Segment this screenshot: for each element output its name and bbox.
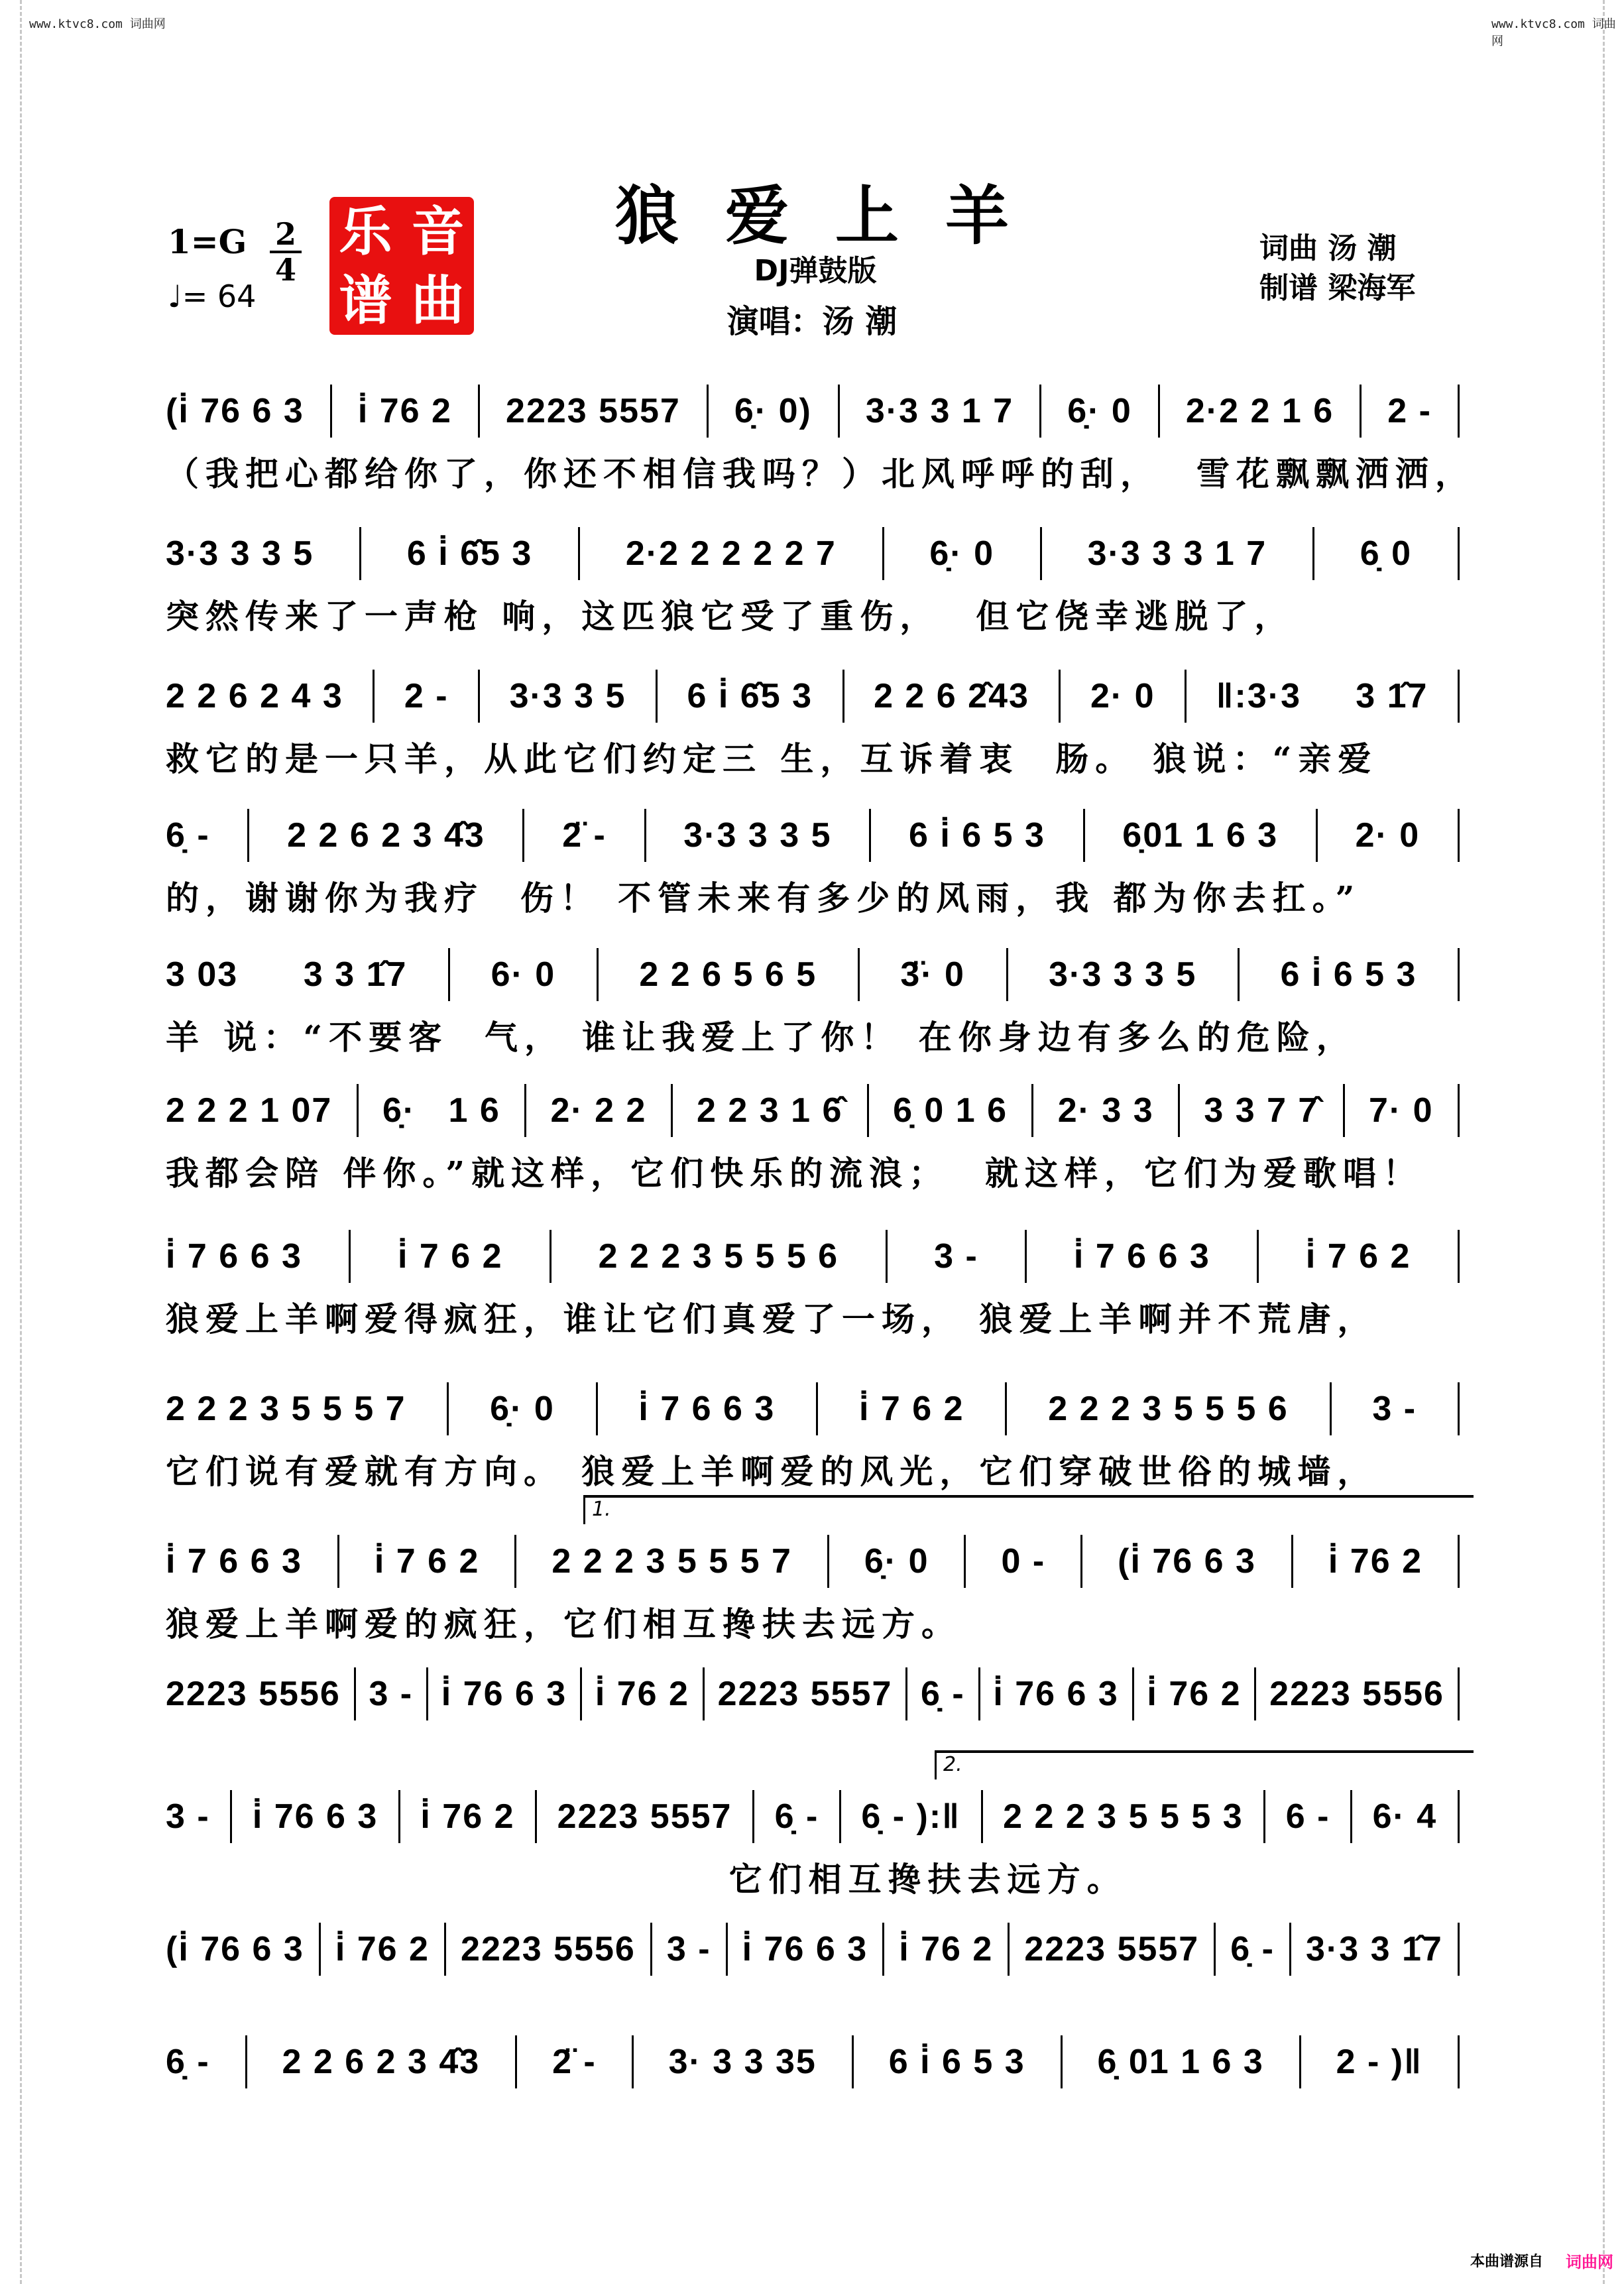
score-line: 6̣ -2 2 6 2 3 4̂32̈ -3·3 3 3 56 i̇ 6 5 3…: [166, 806, 1465, 920]
seal-char: 音: [402, 197, 474, 266]
measure: 6̣ -: [775, 1797, 819, 1836]
barline: [1458, 809, 1460, 862]
barline: [1039, 385, 1041, 438]
barline: [426, 1667, 428, 1720]
measure: 2 2 2 3 5 5 5 7: [551, 1541, 792, 1581]
measure: 3 -: [166, 1797, 210, 1836]
barline: [978, 1667, 980, 1720]
barline: [524, 1084, 526, 1137]
measure: i̇ 76 2: [1328, 1541, 1422, 1581]
measure: 6̣· 0: [1067, 391, 1132, 431]
measure: 3· 3 3 35: [669, 2042, 817, 2082]
measure: 2223 5557: [1024, 1929, 1199, 1969]
measure: 2223 5557: [718, 1674, 893, 1714]
barline: [522, 809, 524, 862]
measure: 3·3 3 3 1 7: [1088, 534, 1267, 573]
measure: 2223 5557: [557, 1797, 732, 1836]
credits-block: 词曲 汤 潮 制谱 梁海军: [1259, 229, 1415, 308]
measure: 6̣· 0: [490, 1389, 555, 1429]
score-line: (i̇ 76 6 3i̇ 76 22223 55563 -i̇ 76 6 3i̇…: [166, 1919, 1465, 1979]
measure: 2223 5557: [506, 391, 681, 431]
measure: 2̈ -: [552, 2042, 597, 2082]
measure: 6̣· 0: [864, 1541, 929, 1581]
measure: 6̣ -: [921, 1674, 965, 1714]
footer-source-text: 本曲谱源自: [1470, 2250, 1543, 2271]
score-line: 2223 55563 -i̇ 76 6 3i̇ 76 22223 55576̣ …: [166, 1664, 1465, 1724]
measure: 6̣ -: [1230, 1929, 1275, 1969]
measure: 6 -: [1286, 1797, 1330, 1836]
barline: [478, 670, 480, 723]
measure: 2 2 6 2 4 3: [166, 676, 343, 716]
barline: [1080, 1535, 1082, 1588]
barline: [1330, 1382, 1332, 1435]
barline: [707, 385, 709, 438]
measure: ‖:3·3 3 1̂7: [1216, 676, 1428, 716]
barline: [1350, 1790, 1352, 1843]
measure: 7· 0: [1369, 1091, 1434, 1130]
notation-measures: 3·3 3 3 56 i̇ 6̂5 32·2 2 2 2 2 76̣· 03·3…: [166, 524, 1465, 583]
barline: [1185, 670, 1187, 723]
barline: [1008, 1923, 1010, 1976]
measure: i̇ 76 2: [420, 1797, 514, 1836]
barline: [656, 670, 658, 723]
measure: (i̇ 76 6 3: [1118, 1541, 1256, 1581]
volta-bracket: 2.: [935, 1750, 1474, 1779]
barline: [905, 1667, 907, 1720]
notation-measures: 6̣ -2 2 6 2 3 4̂32̈ -3·3 3 3 56 i̇ 6 5 3…: [166, 806, 1465, 865]
barline: [398, 1790, 400, 1843]
barline: [1316, 809, 1318, 862]
measure: 6 i̇ 6 5 3: [909, 815, 1045, 855]
barline: [1040, 527, 1042, 580]
measure: i̇ 76 6 3: [993, 1674, 1118, 1714]
measure: 6̣ 0 1 6: [893, 1091, 1008, 1130]
measure: 2223 5556: [166, 1674, 341, 1714]
lyrics-line: 的，谢谢你为我疗 伤！ 不管未来有多少的风雨，我 都为你去扛。”: [166, 872, 1465, 920]
barline: [703, 1667, 705, 1720]
measure: 2 2 2 3 5 5 5 3: [1003, 1797, 1244, 1836]
measure: 6̣ -: [166, 815, 210, 855]
barline: [1458, 1535, 1460, 1588]
lyrics-line: 救它的是一只羊，从此它们约定三 生，互诉着衷 肠。 狼说：“亲爱: [166, 733, 1465, 780]
key-signature: 1=G: [168, 222, 247, 261]
barline: [1006, 948, 1008, 1001]
barline: [535, 1790, 537, 1843]
barline: [981, 1790, 983, 1843]
score-line: 2 2 6 2 4 32 -3·3 3 56 i̇ 6̂5 32 2 6 2̂4…: [166, 666, 1465, 780]
seal-char: 谱: [329, 266, 402, 335]
barline: [1343, 1084, 1345, 1137]
barline: [1059, 670, 1061, 723]
measure: (i̇ 76 6 3: [166, 391, 304, 431]
score-line: 6̣ -2 2 6 2 3 4̂32̈ -3· 3 3 356 i̇ 6 5 3…: [166, 2032, 1465, 2092]
barline: [839, 1790, 841, 1843]
measure: 2223 5556: [461, 1929, 636, 1969]
measure: 2 2 6 2 3 4̂3: [287, 815, 485, 855]
barline: [882, 527, 884, 580]
measure: 2 2 2 3 5 5 5 7: [166, 1389, 406, 1429]
barline: [867, 1084, 869, 1137]
measure: 6̣ 01 1 6 3: [1097, 2042, 1263, 2082]
measure: i̇ 7 6 2: [398, 1236, 503, 1276]
score-line: (i̇ 76 6 3i̇ 76 22223 55576̣· 0)3·3 3 1 …: [166, 381, 1465, 495]
barline: [1083, 809, 1085, 862]
barline: [597, 948, 599, 1001]
barline: [1214, 1923, 1216, 1976]
measure: 6 i̇ 6 5 3: [1281, 955, 1417, 994]
barline: [448, 948, 450, 1001]
barline: [1299, 2035, 1301, 2088]
score-line: 2.3 -i̇ 76 6 3i̇ 76 22223 55576̣ -6̣ - )…: [166, 1787, 1465, 1901]
barline: [1263, 1790, 1265, 1843]
barline: [596, 1382, 598, 1435]
measure: 6· 4: [1373, 1797, 1438, 1836]
measure: 6̣ -: [166, 2042, 210, 2082]
barline: [752, 1790, 754, 1843]
measure: 3·3 3 1 7: [866, 391, 1014, 431]
measure: 6̣ 0: [1360, 534, 1412, 573]
measure: (i̇ 76 6 3: [166, 1929, 304, 1969]
measure: 6̣01 1 6 3: [1122, 815, 1278, 855]
notation-measures: 2 2 6 2 4 32 -3·3 3 56 i̇ 6̂5 32 2 6 2̂4…: [166, 666, 1465, 726]
measure: 3·3 3 3 5: [166, 534, 314, 573]
lyrics-line: 它们说有爱就有方向。 狼爱上羊啊爱的风光，它们穿破世俗的城墙，: [166, 1445, 1465, 1493]
time-signature: 2 4: [270, 219, 302, 285]
measure: 2̈ -: [562, 815, 607, 855]
barline: [1025, 1230, 1027, 1283]
barline: [354, 1667, 356, 1720]
barline: [245, 2035, 247, 2088]
transcriber-credit: 制谱 梁海军: [1259, 269, 1415, 308]
measure: 0 -: [1001, 1541, 1045, 1581]
barline: [1031, 1084, 1033, 1137]
barline: [1005, 1382, 1007, 1435]
measure: i̇ 76 6 3: [441, 1674, 567, 1714]
measure: i̇ 7 6 6 3: [166, 1541, 302, 1581]
lyrics-line: 突然传来了一声枪 响，这匹狼它受了重伤， 但它侥幸逃脱了，: [166, 590, 1465, 638]
lyrics-line: 羊 说：“不要客 气， 谁让我爱上了你！ 在你身边有多么的危险，: [166, 1011, 1465, 1059]
barline: [1291, 1535, 1293, 1588]
measure: 6 i̇ 6̂5 3: [687, 676, 813, 716]
barline: [1360, 385, 1362, 438]
barline: [447, 1382, 449, 1435]
right-dashed-border: [1603, 0, 1605, 2284]
measure: 3 03 3 3 1̂7: [166, 955, 407, 994]
score-line: 3·3 3 3 56 i̇ 6̂5 32·2 2 2 2 2 76̣· 03·3…: [166, 524, 1465, 638]
barline: [1458, 670, 1460, 723]
measure: i̇ 76 2: [899, 1929, 993, 1969]
measure: 2·2 2 1 6: [1186, 391, 1334, 431]
barline: [330, 385, 332, 438]
barline: [1458, 2035, 1460, 2088]
barline: [869, 809, 871, 862]
measure: 6̣· 0): [734, 391, 812, 431]
notation-measures: (i̇ 76 6 3i̇ 76 22223 55576̣· 0)3·3 3 1 …: [166, 381, 1465, 441]
measure: i̇ 7 6 6 3: [166, 1236, 302, 1276]
lyrics-line: 它们相互搀扶去远方。: [166, 1853, 1465, 1901]
barline: [1132, 1667, 1134, 1720]
measure: 6̣· 0: [929, 534, 994, 573]
measure: 2 2 2 3 5 5 5 6: [1048, 1389, 1289, 1429]
measure: 2· 0: [1356, 815, 1421, 855]
measure: 2 2 2 1 07: [166, 1091, 332, 1130]
notation-measures: 2 2 2 1 076̣· 1 62· 2 22 2 3 1 6̂6̣ 0 1 …: [166, 1081, 1465, 1140]
barline: [1458, 1923, 1460, 1976]
notation-measures: i̇ 7 6 6 3i̇ 7 6 22 2 2 3 5 5 5 76̣· 00 …: [166, 1532, 1465, 1591]
barline: [515, 2035, 517, 2088]
measure: 6̣· 1 6: [382, 1091, 500, 1130]
time-signature-top: 2: [270, 219, 302, 249]
lyrics-line: （我把心都给你了，你还不相信我吗？）北风呼呼的刮， 雪花飘飘洒洒，: [166, 448, 1465, 495]
measure: 3 -: [934, 1236, 978, 1276]
measure: 2 -: [404, 676, 449, 716]
barline: [230, 1790, 232, 1843]
barline: [852, 2035, 854, 2088]
measure: i̇ 7 6 6 3: [1074, 1236, 1210, 1276]
barline: [1158, 385, 1160, 438]
score-line: i̇ 7 6 6 3i̇ 7 6 22 2 2 3 5 5 5 63 -i̇ 7…: [166, 1227, 1465, 1341]
measure: 2· 0: [1090, 676, 1155, 716]
measure: 6̣ - ):‖: [861, 1797, 960, 1836]
measure: 2 2 3 1 6̂: [697, 1091, 842, 1130]
measure: 2· 2 2: [550, 1091, 646, 1130]
measure: i̇ 76 6 3: [253, 1797, 378, 1836]
barline: [842, 670, 844, 723]
barline: [373, 670, 375, 723]
measure: 6 i̇ 6̂5 3: [407, 534, 532, 573]
barline: [1458, 1382, 1460, 1435]
measure: 2· 3 3: [1058, 1091, 1154, 1130]
notation-measures: i̇ 7 6 6 3i̇ 7 6 22 2 2 3 5 5 5 63 -i̇ 7…: [166, 1227, 1465, 1286]
notation-measures: 3 03 3 3 1̂76· 02 2 6 5 6 53̈· 03·3 3 3 …: [166, 945, 1465, 1004]
score-line: 1.i̇ 7 6 6 3i̇ 7 6 22 2 2 3 5 5 5 76̣· 0…: [166, 1532, 1465, 1646]
barline: [1458, 1790, 1460, 1843]
notation-measures: 2 2 2 3 5 5 5 76̣· 0i̇ 7 6 6 3i̇ 7 6 22 …: [166, 1379, 1465, 1439]
measure: 3·3 3 3 5: [683, 815, 831, 855]
measure: i̇ 76 6 3: [742, 1929, 868, 1969]
measure: 2 -: [1387, 391, 1432, 431]
tempo-marking: ♩= 64: [168, 278, 256, 314]
score-line: 2 2 2 1 076̣· 1 62· 2 22 2 3 1 6̂6̣ 0 1 …: [166, 1081, 1465, 1195]
watermark-top-right: www.ktvc8.com 词曲网: [1491, 15, 1624, 49]
score-line: 3 03 3 3 1̂76· 02 2 6 5 6 53̈· 03·3 3 3 …: [166, 945, 1465, 1059]
barline: [650, 1923, 652, 1976]
measure: 3 3 7 7̂: [1204, 1091, 1318, 1130]
notation-measures: 6̣ -2 2 6 2 3 4̂32̈ -3· 3 3 356 i̇ 6 5 3…: [166, 2032, 1465, 2092]
measure: i̇ 7 6 2: [1306, 1236, 1411, 1276]
barline: [1238, 948, 1240, 1001]
measure: 3 -: [667, 1929, 711, 1969]
barline: [337, 1535, 339, 1588]
barline: [514, 1535, 516, 1588]
barline: [816, 1382, 818, 1435]
measure: 2 2 6 5 6 5: [639, 955, 817, 994]
volta-bracket: 1.: [583, 1495, 1474, 1524]
lyricist-composer-credit: 词曲 汤 潮: [1259, 229, 1415, 269]
barline: [858, 948, 860, 1001]
barline: [1257, 1230, 1259, 1283]
score-line: 2 2 2 3 5 5 5 76̣· 0i̇ 7 6 6 3i̇ 7 6 22 …: [166, 1379, 1465, 1493]
measure: 3̈· 0: [900, 955, 965, 994]
measure: 3 -: [369, 1674, 413, 1714]
measure: i̇ 7 6 2: [859, 1389, 964, 1429]
barline: [478, 385, 480, 438]
barline: [827, 1535, 829, 1588]
measure: i̇ 76 2: [1147, 1674, 1241, 1714]
barline: [1458, 948, 1460, 1001]
measure: 2223 5556: [1269, 1674, 1444, 1714]
barline: [1458, 385, 1460, 438]
barline: [838, 385, 840, 438]
barline: [550, 1230, 551, 1283]
time-signature-bottom: 4: [270, 255, 302, 285]
measure: 3·3 3 5: [510, 676, 626, 716]
barline: [1458, 1667, 1460, 1720]
watermark-top-left: www.ktvc8.com 词曲网: [29, 15, 166, 32]
notation-measures: 3 -i̇ 76 6 3i̇ 76 22223 55576̣ -6̣ - ):‖…: [166, 1787, 1465, 1846]
barline: [1061, 2035, 1063, 2088]
barline: [1458, 1230, 1460, 1283]
barline: [1289, 1923, 1291, 1976]
barline: [1312, 527, 1314, 580]
barline: [726, 1923, 728, 1976]
measure: 2·2 2 2 2 2 7: [626, 534, 837, 573]
barline: [1178, 1084, 1180, 1137]
barline: [964, 1535, 966, 1588]
measure: 2 - )‖: [1336, 2042, 1422, 2082]
barline: [671, 1084, 673, 1137]
measure: i̇ 76 2: [595, 1674, 689, 1714]
measure: i̇ 7 6 6 3: [638, 1389, 775, 1429]
barline: [632, 2035, 634, 2088]
footer-brand: 词曲网: [1566, 2249, 1613, 2272]
red-seal-stamp: 乐 音 谱 曲: [329, 197, 474, 335]
measure: 2 2 6 2 3 4̂3: [282, 2042, 481, 2082]
barline: [359, 527, 361, 580]
measure: 2 2 2 3 5 5 5 6: [599, 1236, 839, 1276]
barline: [444, 1923, 446, 1976]
barline: [349, 1230, 351, 1283]
measure: 2 2 6 2̂43: [874, 676, 1029, 716]
barline: [247, 809, 249, 862]
measure: 6 i̇ 6 5 3: [889, 2042, 1025, 2082]
notation-measures: (i̇ 76 6 3i̇ 76 22223 55563 -i̇ 76 6 3i̇…: [166, 1919, 1465, 1979]
barline: [357, 1084, 359, 1137]
measure: 3·3 3 1̂7: [1306, 1929, 1443, 1969]
barline: [1458, 1084, 1460, 1137]
barline: [319, 1923, 321, 1976]
barline: [580, 1667, 582, 1720]
measure: 6· 0: [491, 955, 556, 994]
lyrics-line: 我都会陪 伴你。”就这样，它们快乐的流浪； 就这样，它们为爱歌唱！: [166, 1147, 1465, 1195]
lyrics-line: 狼爱上羊啊爱的疯狂，它们相互搀扶去远方。: [166, 1598, 1465, 1646]
seal-char: 乐: [329, 197, 402, 266]
measure: 3 -: [1372, 1389, 1417, 1429]
seal-char: 曲: [402, 266, 474, 335]
measure: i̇ 7 6 2: [375, 1541, 480, 1581]
barline: [578, 527, 580, 580]
barline: [882, 1923, 884, 1976]
barline: [1254, 1667, 1256, 1720]
barline: [1458, 527, 1460, 580]
left-dashed-border: [20, 0, 22, 2284]
notation-measures: 2223 55563 -i̇ 76 6 3i̇ 76 22223 55576̣ …: [166, 1664, 1465, 1724]
measure: i̇ 76 2: [358, 391, 452, 431]
barline: [886, 1230, 888, 1283]
measure: 3·3 3 3 5: [1049, 955, 1196, 994]
lyrics-line: 狼爱上羊啊爱得疯狂，谁让它们真爱了一场， 狼爱上羊啊并不荒唐，: [166, 1293, 1465, 1341]
barline: [644, 809, 646, 862]
measure: i̇ 76 2: [335, 1929, 430, 1969]
